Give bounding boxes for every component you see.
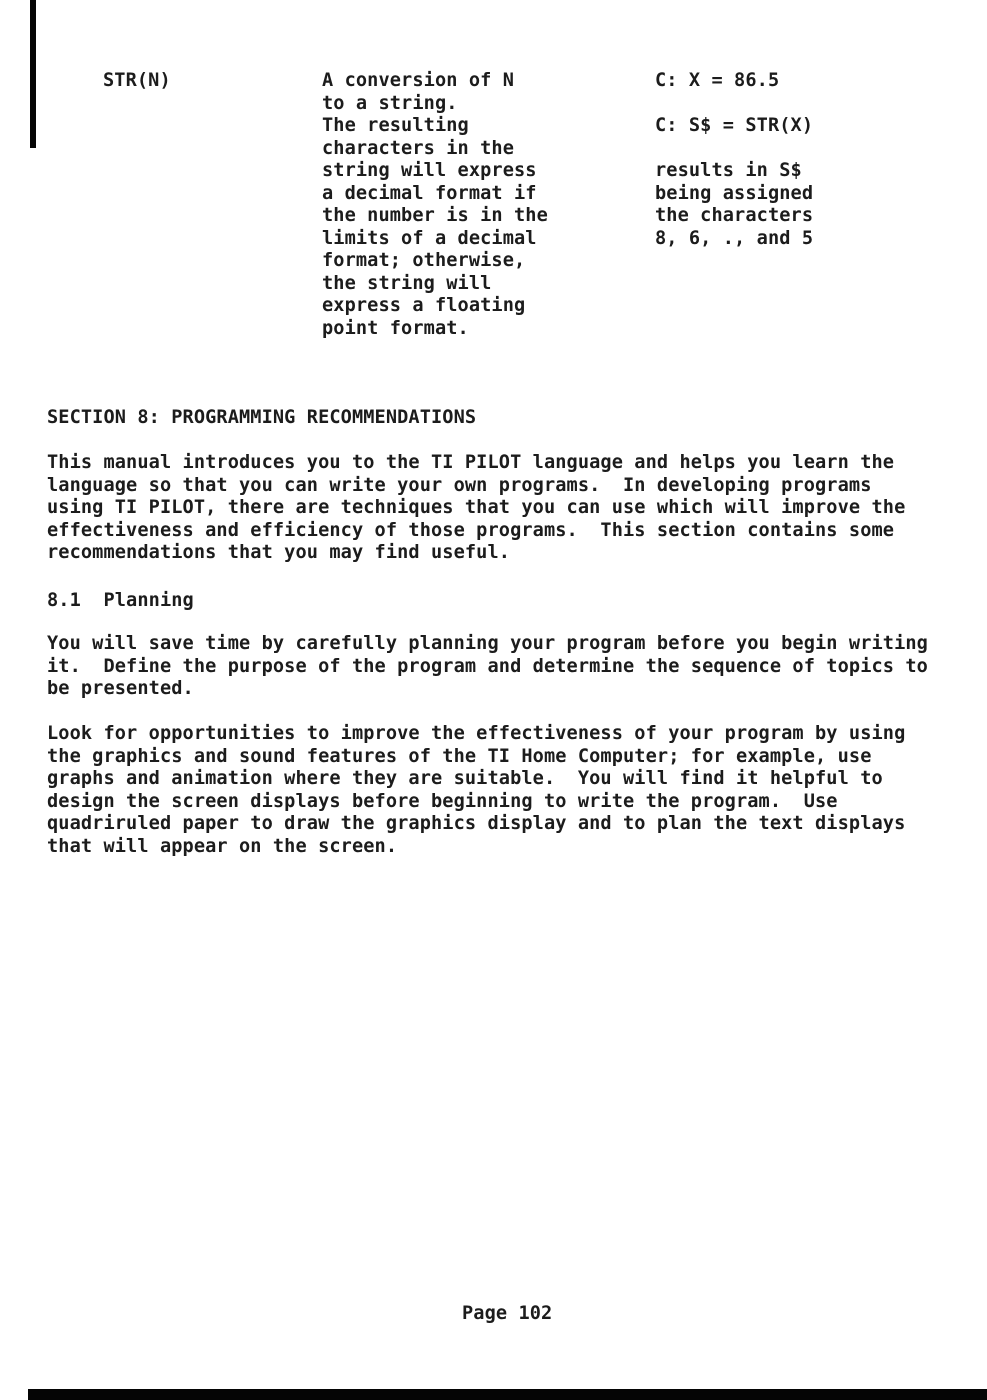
scan-artifact-left-bar [30,0,36,148]
function-term: STR(N) [103,70,171,93]
function-example: C: X = 86.5 C: S$ = STR(X) results in S$… [655,70,813,250]
scan-artifact-bottom-bar [28,1389,987,1400]
section-intro-paragraph: This manual introduces you to the TI PIL… [47,452,905,565]
opportunities-paragraph: Look for opportunities to improve the ef… [47,723,905,858]
subsection-heading: 8.1 Planning [47,590,194,613]
planning-paragraph: You will save time by carefully planning… [47,633,928,701]
manual-page: STR(N) A conversion of N to a string. Th… [0,0,987,1400]
function-description: A conversion of N to a string. The resul… [322,70,548,340]
section-heading: SECTION 8: PROGRAMMING RECOMMENDATIONS [47,407,476,430]
page-number: Page 102 [462,1303,552,1326]
